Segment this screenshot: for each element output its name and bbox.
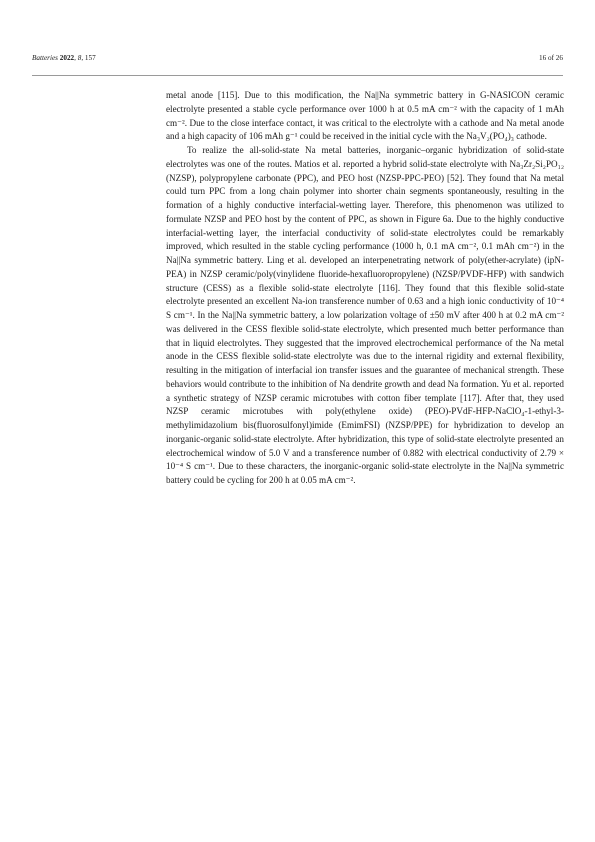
article-number: 157 — [85, 54, 96, 62]
paragraph-2: To realize the all-solid-state Na metal … — [166, 144, 564, 488]
journal-citation: Batteries 2022, 8, 157 — [32, 54, 96, 62]
body-text: metal anode [115]. Due to this modificat… — [166, 89, 564, 488]
journal-name: Batteries — [32, 54, 58, 62]
journal-volume: 8 — [78, 54, 82, 62]
running-header: Batteries 2022, 8, 157 16 of 26 — [32, 54, 563, 68]
page-number: 16 of 26 — [539, 54, 563, 62]
paragraph-1: metal anode [115]. Due to this modificat… — [166, 89, 564, 144]
journal-year: 2022 — [60, 54, 74, 62]
header-rule — [32, 75, 563, 76]
